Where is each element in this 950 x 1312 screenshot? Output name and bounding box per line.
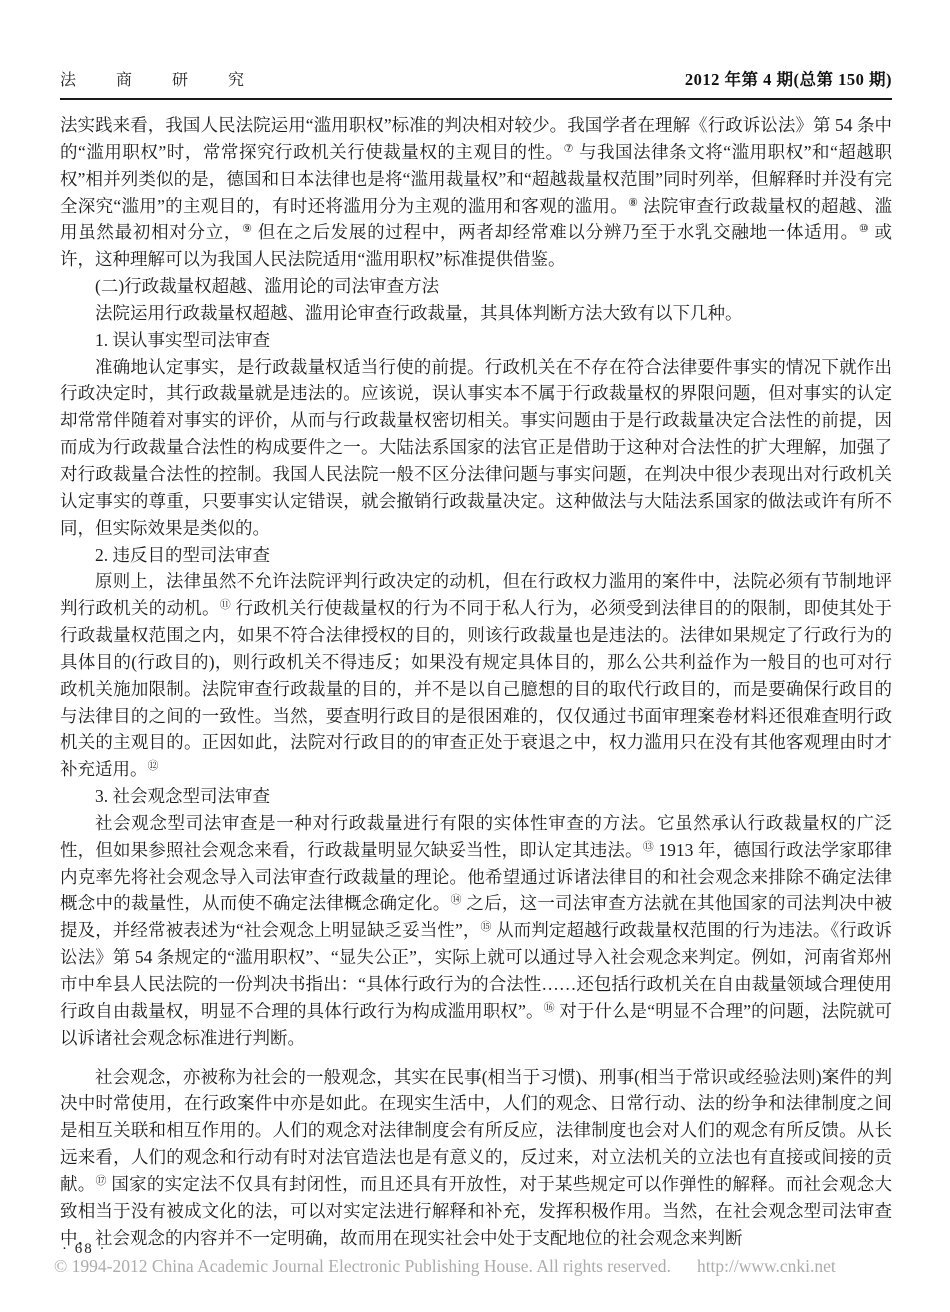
footnote-marker: ⑫ [148, 760, 159, 772]
scanned-journal-page: 法 商 研 究 2012 年第 4 期(总第 150 期) 法实践来看，我国人民… [0, 0, 950, 1312]
para-method-3b: 社会观念，亦被称为社会的一般观念，其实在民事(相当于习惯)、刑事(相当于常识或经… [60, 1064, 892, 1252]
footnote-marker: ⑩ [859, 223, 870, 235]
copyright-line: © 1994-2012 China Academic Journal Elect… [54, 1256, 914, 1277]
para-method-2: 原则上，法律虽然不允许法院评判行政决定的动机，但在行政权力滥用的案件中，法院必须… [60, 568, 892, 783]
heading-method-2: 2. 违反目的型司法审查 [60, 542, 892, 569]
para-method-1: 准确地认定事实，是行政裁量权适当行使的前提。行政机关在不存在符合法律要件事实的情… [60, 354, 892, 542]
footnote-marker: ⑨ [242, 223, 253, 235]
article-body: 法实践来看，我国人民法院运用“滥用职权”标准的判决相对较少。我国学者在理解《行政… [60, 112, 892, 1251]
heading-method-1: 1. 误认事实型司法审查 [60, 327, 892, 354]
footnote-marker: ⑪ [220, 599, 231, 611]
issue-info: 2012 年第 4 期(总第 150 期) [685, 66, 892, 90]
page-header: 法 商 研 究 2012 年第 4 期(总第 150 期) [60, 66, 892, 90]
para-method-3a: 社会观念型司法审查是一种对行政裁量进行有限的实体性审查的方法。它虽然承认行政裁量… [60, 810, 892, 1052]
copyright-text: © 1994-2012 China Academic Journal Elect… [54, 1256, 671, 1276]
footnote-marker: ⑰ [96, 1175, 107, 1187]
heading-section-two: (二)行政裁量权超越、滥用论的司法审查方法 [60, 273, 892, 300]
footnote-marker: ⑦ [564, 143, 574, 155]
footnote-marker: ⑯ [544, 1002, 555, 1014]
header-rule [60, 98, 892, 100]
footnote-marker: ⑬ [643, 841, 654, 853]
heading-method-3: 3. 社会观念型司法审查 [60, 783, 892, 810]
para-methods-overview: 法院运用行政裁量权超越、滥用论审查行政裁量，其具体判断方法大致有以下几种。 [60, 300, 892, 327]
journal-title: 法 商 研 究 [60, 67, 261, 90]
footnote-marker: ⑮ [481, 921, 492, 933]
para-continuation: 法实践来看，我国人民法院运用“滥用职权”标准的判决相对较少。我国学者在理解《行政… [60, 112, 892, 273]
cnki-url: http://www.cnki.net [697, 1256, 836, 1276]
footnote-marker: ⑧ [628, 197, 638, 209]
footnote-marker: ⑭ [450, 894, 461, 906]
